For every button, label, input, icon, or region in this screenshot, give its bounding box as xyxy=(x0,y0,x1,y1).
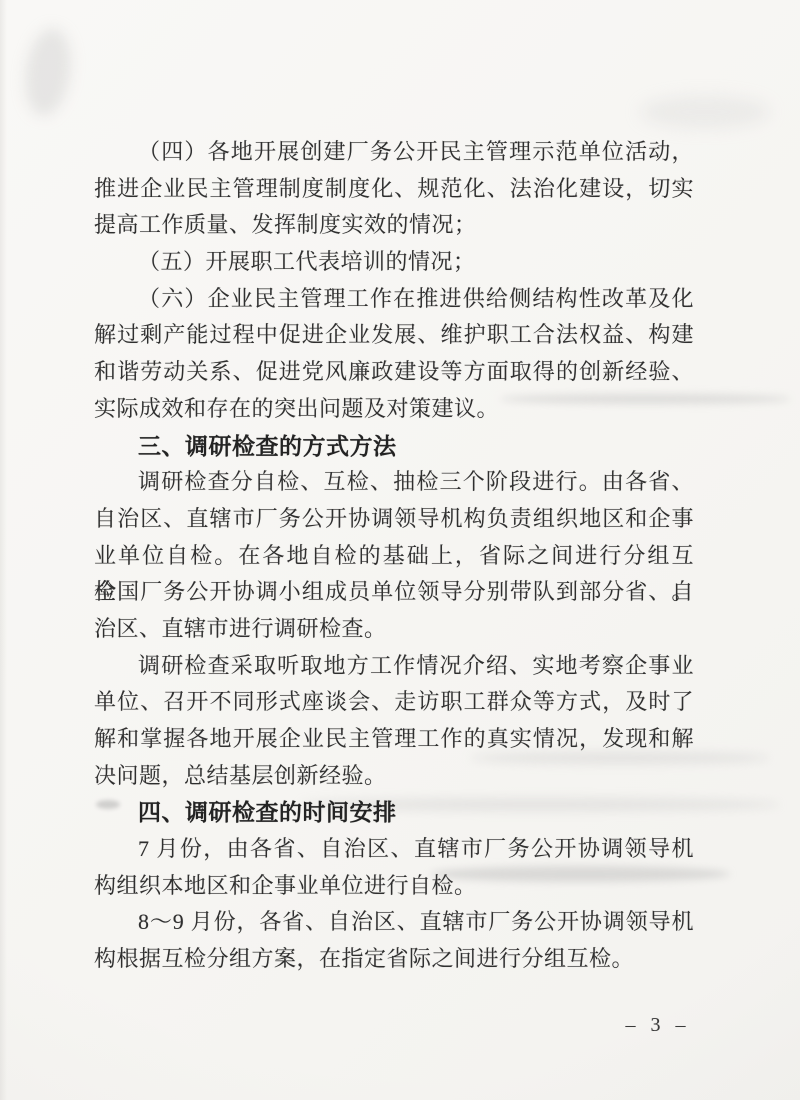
text-line: 7 月份，由各省、自治区、直辖市厂务公开协调领导机 xyxy=(94,831,694,868)
text-line: 决问题，总结基层创新经验。 xyxy=(94,758,694,795)
text-line: 解和掌握各地开展企业民主管理工作的真实情况，发现和解 xyxy=(94,721,694,758)
text-line: 解过剩产能过程中促进企业发展、维护职工合法权益、构建 xyxy=(94,317,694,354)
text-line: 构组织本地区和企事业单位进行自检。 xyxy=(94,868,694,905)
text-line: （四）各地开展创建厂务公开民主管理示范单位活动， xyxy=(94,134,694,171)
document-body: （四）各地开展创建厂务公开民主管理示范单位活动， 推进企业民主管理制度制度化、规… xyxy=(94,134,694,978)
text-line: 构根据互检分组方案，在指定省际之间进行分组互检。 xyxy=(94,941,694,978)
text-line: （六）企业民主管理工作在推进供给侧结构性改革及化 xyxy=(94,281,694,318)
section-heading: 三、调研检查的方式方法 xyxy=(94,428,694,465)
document-page: （四）各地开展创建厂务公开民主管理示范单位活动， 推进企业民主管理制度制度化、规… xyxy=(0,0,800,1100)
text-line: 业单位自检。在各地自检的基础上，省际之间进行分组互检。 xyxy=(94,538,694,575)
text-line: （五）开展职工代表培训的情况； xyxy=(94,244,694,281)
text-line: 治区、直辖市进行调研检查。 xyxy=(94,611,694,648)
text-line: 自治区、直辖市厂务公开协调领导机构负责组织地区和企事 xyxy=(94,501,694,538)
scan-smudge xyxy=(20,25,76,118)
text-line: 调研检查分自检、互检、抽检三个阶段进行。由各省、 xyxy=(94,464,694,501)
text-line: 单位、召开不同形式座谈会、走访职工群众等方式，及时了 xyxy=(94,684,694,721)
section-heading: 四、调研检查的时间安排 xyxy=(94,794,694,831)
text-line: 8～9 月份，各省、自治区、直辖市厂务公开协调领导机 xyxy=(94,904,694,941)
text-line: 推进企业民主管理制度制度化、规范化、法治化建设，切实 xyxy=(94,171,694,208)
text-line: 实际成效和存在的突出问题及对策建议。 xyxy=(94,391,694,428)
text-line: 提高工作质量、发挥制度实效的情况； xyxy=(94,207,694,244)
text-line: 调研检查采取听取地方工作情况介绍、实地考察企事业 xyxy=(94,648,694,685)
text-line: 和谐劳动关系、促进党风廉政建设等方面取得的创新经验、 xyxy=(94,354,694,391)
text-line: 全国厂务公开协调小组成员单位领导分别带队到部分省、自 xyxy=(94,574,694,611)
scan-smudge xyxy=(640,96,770,128)
page-number: – 3 – xyxy=(598,1014,718,1037)
